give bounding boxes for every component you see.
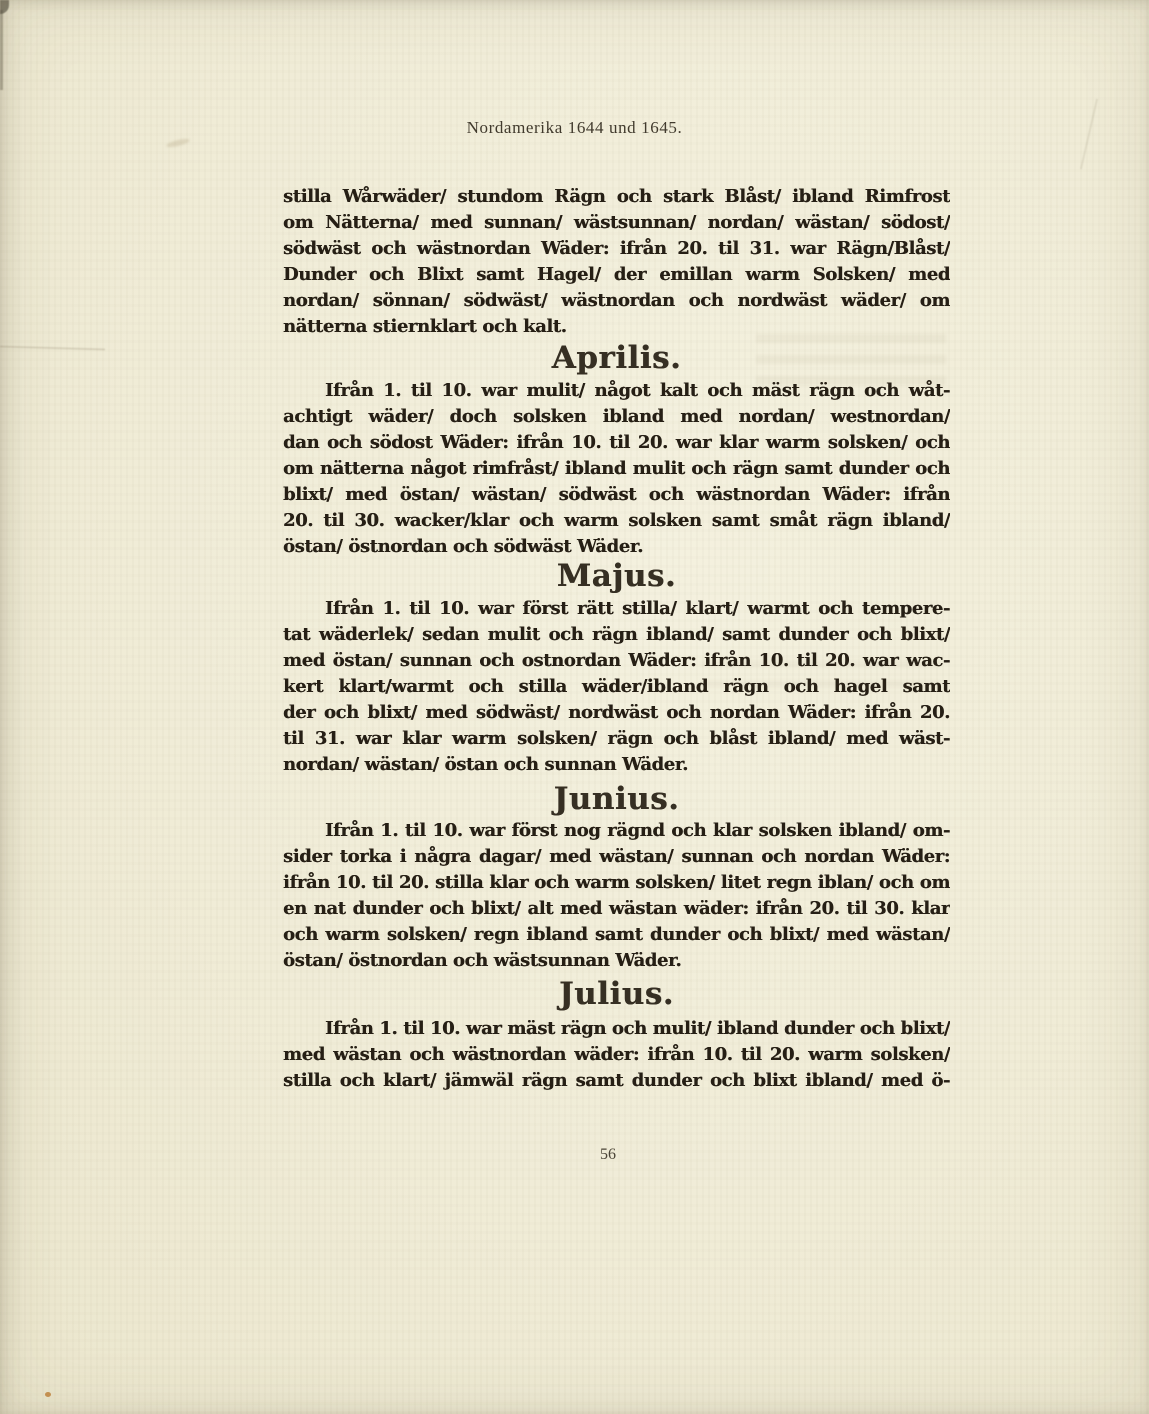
text-line: achtigt wäder/ doch solsken ibland med n… xyxy=(283,404,950,430)
paragraph: stilla Wårwäder/ stundom Rägn och stark … xyxy=(283,184,950,340)
text-line: med östan/ sunnan och ostnordan Wäder: i… xyxy=(283,648,950,674)
text-line: Ifrån 1. til 10. war mäst rägn och mulit… xyxy=(283,1016,950,1042)
paragraph: Ifrån 1. til 10. war mäst rägn och mulit… xyxy=(283,1016,950,1094)
text-line: om Nätterna/ med sunnan/ wästsunnan/ nor… xyxy=(283,210,950,236)
text-line: en nat dunder och blixt/ alt med wästan … xyxy=(283,896,950,922)
text-line: stilla och klart/ jämwäl rägn samt dunde… xyxy=(283,1068,950,1094)
text-line: blixt/ med östan/ wästan/ södwäst och wä… xyxy=(283,482,950,508)
text-line: tat wäderlek/ sedan mulit och rägn iblan… xyxy=(283,622,950,648)
text-line: ifrån 10. til 20. stilla klar och warm s… xyxy=(283,870,950,896)
text-line: östan/ östnordan och wästsunnan Wäder. xyxy=(283,948,950,974)
text-line: der och blixt/ med södwäst/ nordwäst och… xyxy=(283,700,950,726)
text-block: stilla Wårwäder/ stundom Rägn och stark … xyxy=(283,0,950,1414)
text-line: Ifrån 1. til 10. war mulit/ något kalt o… xyxy=(283,378,950,404)
text-line: om nätterna något rimfråst/ ibland mulit… xyxy=(283,456,950,482)
paragraph: Ifrån 1. til 10. war först nog rägnd och… xyxy=(283,818,950,974)
page-number: 56 xyxy=(283,1146,933,1164)
paragraph: Ifrån 1. til 10. war först rätt stilla/ … xyxy=(283,596,950,778)
scan-artifact-speck xyxy=(45,1392,51,1397)
text-line: Ifrån 1. til 10. war först rätt stilla/ … xyxy=(283,596,950,622)
section-heading-junius: Junius. xyxy=(283,779,950,819)
section-heading-majus: Majus. xyxy=(283,556,950,596)
scan-artifact-crease xyxy=(0,346,105,351)
text-line: stilla Wårwäder/ stundom Rägn och stark … xyxy=(283,184,950,210)
text-line: Dunder och Blixt samt Hagel/ der emillan… xyxy=(283,262,950,288)
text-line: södwäst och wästnordan Wäder: ifrån 20. … xyxy=(283,236,950,262)
section-heading-aprilis: Aprilis. xyxy=(283,338,950,378)
scan-artifact-smudge xyxy=(166,137,191,149)
scanned-page: Nordamerika 1644 und 1645. stilla Wårwäd… xyxy=(0,0,1149,1414)
text-line: sider torka i några dagar/ med wästan/ s… xyxy=(283,844,950,870)
section-heading-julius: Julius. xyxy=(283,974,950,1014)
scan-artifact-edge xyxy=(0,10,3,90)
text-line: nordan/ wästan/ östan och sunnan Wäder. xyxy=(283,752,950,778)
scan-artifact-corner xyxy=(0,0,9,14)
text-line: nordan/ sönnan/ södwäst/ wästnordan och … xyxy=(283,288,950,314)
text-line: dan och södost Wäder: ifrån 10. til 20. … xyxy=(283,430,950,456)
text-line: nätterna stiernklart och kalt. xyxy=(283,314,950,340)
text-line: Ifrån 1. til 10. war först nog rägnd och… xyxy=(283,818,950,844)
text-line: med wästan och wästnordan wäder: ifrån 1… xyxy=(283,1042,950,1068)
paragraph: Ifrån 1. til 10. war mulit/ något kalt o… xyxy=(283,378,950,560)
text-line: 20. til 30. wacker/klar och warm solsken… xyxy=(283,508,950,534)
text-line: kert klart/warmt och stilla wäder/ibland… xyxy=(283,674,950,700)
text-line: til 31. war klar warm solsken/ rägn och … xyxy=(283,726,950,752)
text-line: och warm solsken/ regn ibland samt dunde… xyxy=(283,922,950,948)
